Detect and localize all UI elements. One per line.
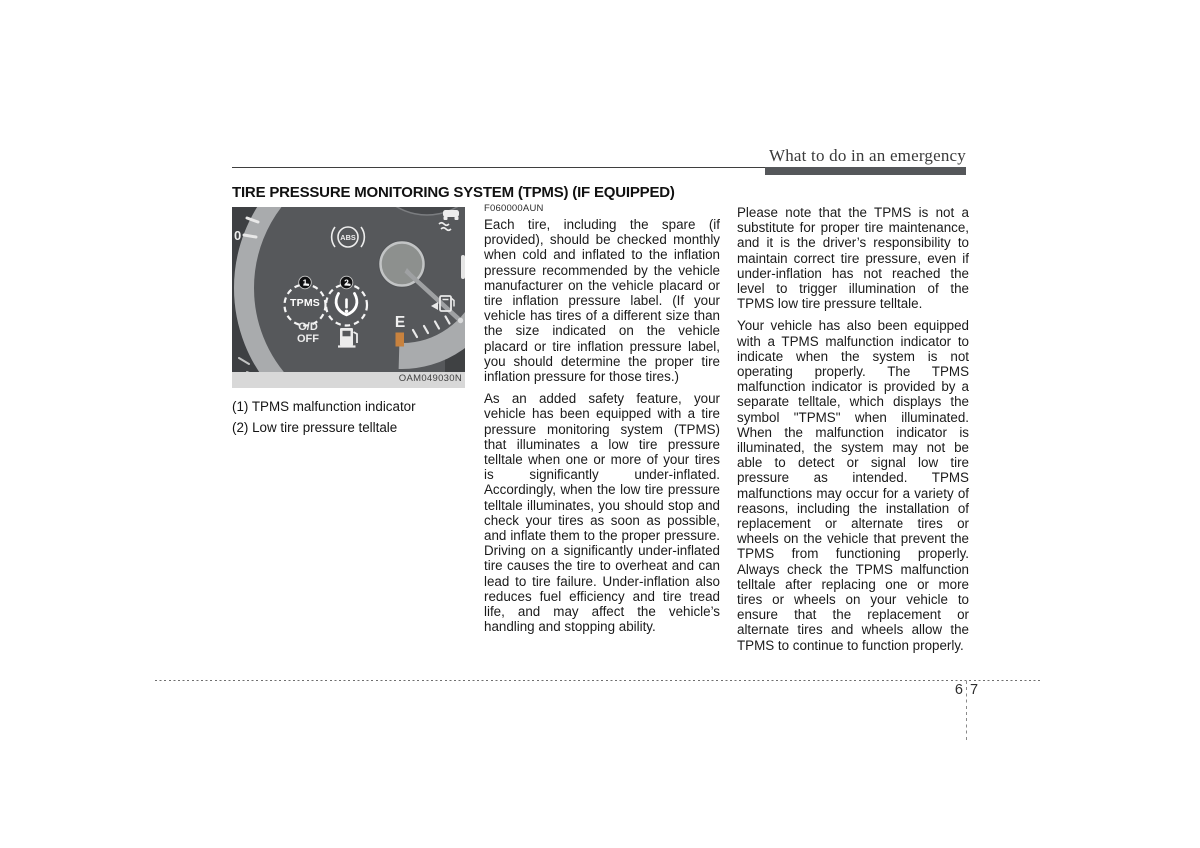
page-number-dashed-divider — [966, 681, 967, 740]
paragraph: Each tire, including the spare (if provi… — [484, 217, 720, 384]
footer-dashed-rule — [155, 680, 1040, 681]
callout-low-pressure: (2) Low tire pressure telltale — [232, 420, 397, 435]
badge-2-number: 2 — [344, 278, 349, 288]
od-text: O/D — [298, 321, 318, 333]
cluster-illustration: 0 ABS — [232, 207, 465, 388]
paragraph: Your vehicle has also been equipped with… — [737, 318, 969, 652]
photo-code-caption: OAM049030N — [302, 373, 462, 384]
reference-code: F060000AUN — [484, 203, 544, 214]
header-accent-bar — [765, 167, 966, 175]
manual-page: What to do in an emergency TIRE PRESSURE… — [0, 0, 1200, 848]
tpms-indicator-label: TPMS — [290, 297, 320, 309]
abs-label: ABS — [340, 233, 356, 242]
paragraph: As an added safety feature, your vehicle… — [484, 391, 720, 634]
page-number-page: 7 — [970, 682, 978, 698]
paragraph: Please note that the TPMS is not a subst… — [737, 205, 969, 311]
speedometer-zero-label: 0 — [234, 228, 241, 243]
needle-tip — [458, 318, 463, 323]
body-column-middle: Each tire, including the spare (if provi… — [484, 217, 720, 641]
section-title: TIRE PRESSURE MONITORING SYSTEM (TPMS) (… — [232, 184, 972, 201]
badge-1-number: 1 — [303, 278, 308, 288]
od-off-label: O/D OFF — [297, 321, 319, 345]
fuel-empty-label: E — [395, 314, 405, 331]
callout-tpms-malfunction: (1) TPMS malfunction indicator — [232, 399, 416, 414]
off-text: OFF — [297, 333, 319, 345]
edge-clipped-icon — [461, 255, 465, 279]
cluster-photo: 0 ABS — [232, 207, 465, 388]
page-number-section: 6 — [955, 682, 963, 698]
low-fuel-orange-mark — [396, 333, 405, 347]
chapter-heading: What to do in an emergency — [769, 146, 966, 166]
page-number: 6 7 — [944, 682, 1004, 702]
body-column-right: Please note that the TPMS is not a subst… — [737, 205, 969, 660]
